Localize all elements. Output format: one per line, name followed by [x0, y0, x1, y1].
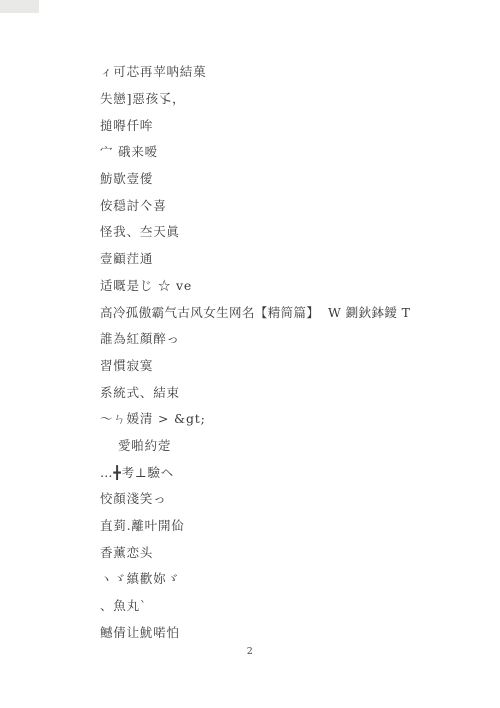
text-line-content: 魴歇壹僾: [100, 169, 153, 187]
text-line-content: 恔顏淺笑っ: [100, 489, 167, 507]
text-line-content: 直菿.離叶開佡: [100, 516, 185, 534]
text-line: 壹顧茳通: [100, 245, 480, 272]
text-line: 香薰恋头: [100, 538, 480, 565]
text-line: 搥嘚仟哞: [100, 111, 480, 138]
text-line-content: ィ可芯再苹呐結菓: [100, 62, 206, 80]
text-line-content: 、魚丸`: [100, 596, 147, 614]
text-line: 恔顏淺笑っ: [100, 485, 480, 512]
text-line: 愛啪約萣: [100, 432, 480, 459]
page-number: 2: [0, 646, 500, 657]
text-line-content: 習慣寂寞: [100, 356, 153, 374]
text-line: 魴歇壹僾: [100, 165, 480, 192]
document-page: ィ可芯再苹呐結菓 失戀]惡孩孓， 搥嘚仟哞 宀 硪来嗳 魴歇壹僾 侒穏討亽喜 怪…: [0, 0, 500, 708]
section-title-line: 高冷孤傲霸气古风女生网名【精简篇】 W 鍘鈥鉢鑀 T: [100, 298, 480, 325]
text-line: 失戀]惡孩孓，: [100, 85, 480, 112]
nickname-list: ィ可芯再苹呐結菓 失戀]惡孩孓， 搥嘚仟哞 宀 硪来嗳 魴歇壹僾 侒穏討亽喜 怪…: [100, 58, 480, 645]
text-line: 誰為紅顏醉っ: [100, 325, 480, 352]
text-line: 系統式、結束: [100, 378, 480, 405]
section-title-text: 高冷孤傲霸气古风女生网名【精简篇】 W 鍘鈥鉢鑀 T: [100, 303, 410, 321]
text-line-content: 鳡倩让魷喏怕: [100, 623, 180, 641]
text-line-content: 失戀]惡孩孓，: [100, 89, 185, 107]
text-line: 宀 硪来嗳: [100, 138, 480, 165]
text-line: 、魚丸`: [100, 592, 480, 619]
text-line-content: 搥嘚仟哞: [100, 116, 153, 134]
text-line: 适嘅是じ ☆ ve: [100, 272, 480, 299]
scan-corner-artifact: [0, 0, 39, 13]
text-line-content: 愛啪約萣: [118, 436, 171, 454]
text-line: …╋考⊥驗ヘ: [100, 458, 480, 485]
text-line-content: 适嘅是じ ☆ ve: [100, 276, 192, 294]
text-line: 〜ㄣ媛清 > &gt;: [100, 405, 480, 432]
text-line: 侒穏討亽喜: [100, 191, 480, 218]
text-line-content: …╋考⊥驗ヘ: [100, 463, 174, 481]
text-line-content: 宀 硪来嗳: [100, 142, 158, 160]
text-line: 習慣寂寞: [100, 352, 480, 379]
text-line: 鳡倩让魷喏怕: [100, 618, 480, 645]
text-line-content: 怪我、夳天眞: [100, 222, 180, 240]
text-line: 怪我、夳天眞: [100, 218, 480, 245]
text-line-content: 壹顧茳通: [100, 249, 153, 267]
text-line-content: 侒穏討亽喜: [100, 196, 167, 214]
text-line-content: 誰為紅顏醉っ: [100, 329, 180, 347]
text-line-content: 香薰恋头: [100, 543, 153, 561]
text-line-content: 〜ㄣ媛清 > &gt;: [100, 409, 206, 427]
text-line: ィ可芯再苹呐結菓: [100, 58, 480, 85]
text-line-content: ヽゞ縝歡妳ゞ: [100, 569, 180, 587]
text-line: ヽゞ縝歡妳ゞ: [100, 565, 480, 592]
text-line-content: 系統式、結束: [100, 383, 180, 401]
text-line: 直菿.離叶開佡: [100, 512, 480, 539]
